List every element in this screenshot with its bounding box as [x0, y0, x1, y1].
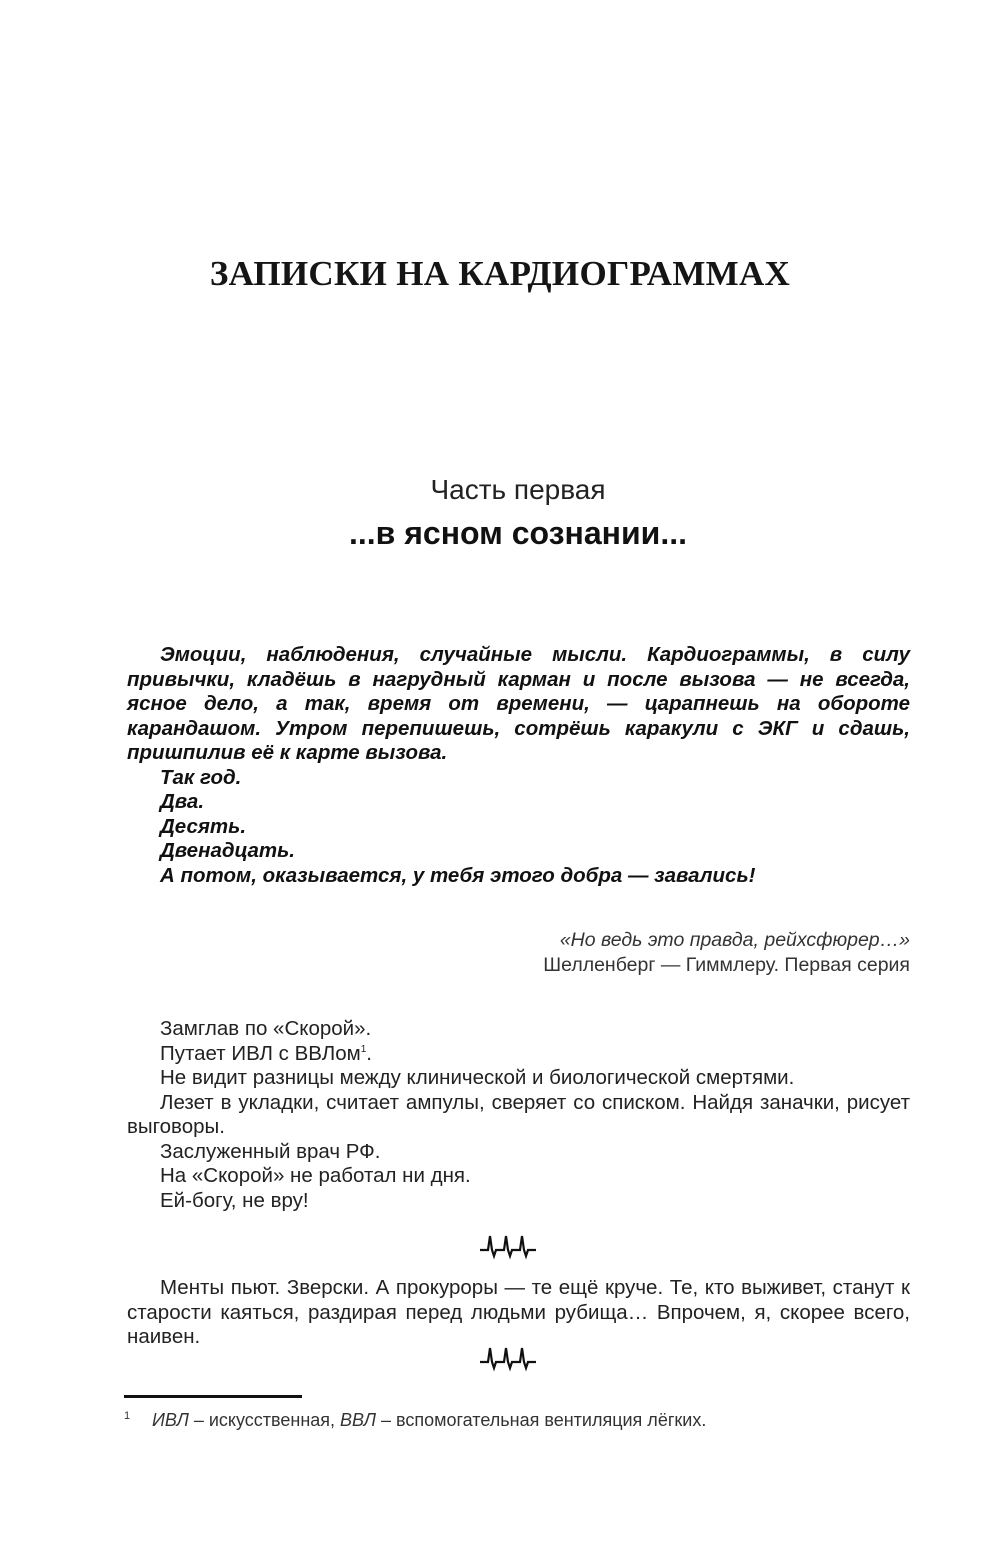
- citation: «Но ведь это правда, рейхсфюрер…» Шеллен…: [543, 928, 910, 977]
- note-line: Ей-богу, не вру!: [127, 1189, 910, 1214]
- epigraph-block: Эмоции, наблюдения, случайные мысли. Кар…: [127, 643, 910, 888]
- note-line-text: Путает ИВЛ с ВВЛом: [160, 1042, 361, 1065]
- note-line: На «Скорой» не работал ни дня.: [127, 1164, 910, 1189]
- note-line: Путает ИВЛ с ВВЛом1.: [127, 1042, 910, 1067]
- page-title: ЗАПИСКИ НА КАРДИОГРАММАХ: [0, 254, 1000, 294]
- epigraph-line: Так год.: [127, 766, 910, 791]
- ecg-heartbeat-icon: [478, 1234, 558, 1260]
- epigraph-line: Десять.: [127, 815, 910, 840]
- note-block-2: Менты пьют. Зверски. А прокуроры — те ещ…: [127, 1276, 910, 1350]
- footnote-number: 1: [124, 1404, 152, 1428]
- footnote-term: ИВЛ: [152, 1410, 189, 1430]
- note-block-1: Замглав по «Скорой». Путает ИВЛ с ВВЛом1…: [127, 1017, 910, 1213]
- footnote-definition: – вспомогательная вентиляция лёгких.: [376, 1410, 706, 1430]
- epigraph-line: А потом, оказывается, у тебя этого добра…: [127, 864, 910, 889]
- epigraph-line: Два.: [127, 790, 910, 815]
- footnote-definition: – искусственная,: [189, 1410, 340, 1430]
- epigraph-line: Двенадцать.: [127, 839, 910, 864]
- note-paragraph: Менты пьют. Зверски. А прокуроры — те ещ…: [127, 1276, 910, 1350]
- note-line: Замглав по «Скорой».: [127, 1017, 910, 1042]
- note-line-end: .: [366, 1042, 372, 1065]
- note-line: Лезет в укладки, считает ампулы, сверяет…: [127, 1091, 910, 1140]
- note-line: Заслуженный врач РФ.: [127, 1140, 910, 1165]
- part-label: Часть первая: [0, 474, 1000, 506]
- ecg-heartbeat-icon: [478, 1346, 558, 1372]
- footnote-divider: [124, 1395, 302, 1398]
- citation-source: Шелленберг — Гиммлеру. Первая серия: [543, 953, 910, 978]
- citation-quote: «Но ведь это правда, рейхсфюрер…»: [543, 928, 910, 953]
- footnote-term: ВВЛ: [340, 1410, 376, 1430]
- epigraph-paragraph: Эмоции, наблюдения, случайные мысли. Кар…: [127, 643, 910, 766]
- footnote: 1ИВЛ – искусственная, ВВЛ – вспомогатель…: [124, 1404, 706, 1432]
- part-subtitle: ...в ясном сознании...: [0, 515, 1000, 552]
- note-line: Не видит разницы между клинической и био…: [127, 1066, 910, 1091]
